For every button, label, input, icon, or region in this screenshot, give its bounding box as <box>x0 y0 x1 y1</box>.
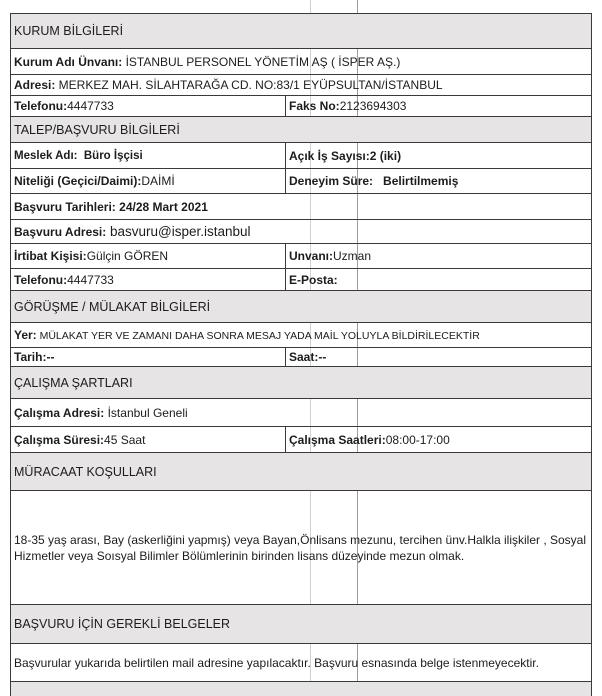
field-label: Açık İş Sayısı: <box>289 149 370 163</box>
documents-text: Başvurular yukarıda belirtilen mail adre… <box>11 656 591 670</box>
row-meslek: Meslek Adı: Büro İşçisi Açık İş Sayısı:2… <box>11 143 591 169</box>
field-value: Uzman <box>333 249 371 263</box>
row-muracaat-text: 18-35 yaş arası, Bay (askerliğini yapmış… <box>11 491 591 605</box>
field-value: 45 Saat <box>104 433 145 447</box>
row-basvuru-tarih: Başvuru Tarihleri: 24/28 Mart 2021 <box>11 194 591 220</box>
field-value: 4447733 <box>67 273 114 287</box>
row-belgeler-text: Başvurular yukarıda belirtilen mail adre… <box>11 644 591 682</box>
field-label: Saat:-- <box>289 350 326 364</box>
section-header-talep: TALEP/BAŞVURU BİLGİLERİ <box>11 117 591 143</box>
row-calisma-adres: Çalışma Adresi: İstanbul Geneli <box>11 399 591 427</box>
section-header-belgeler: BAŞVURU İÇİN GEREKLİ BELGELER <box>11 605 591 644</box>
field-label: Tarih:-- <box>14 350 54 364</box>
row-tarih-saat: Tarih:-- Saat:-- <box>11 348 591 367</box>
field-label: Telefonu: <box>14 99 67 113</box>
field-value: Büro İşçisi <box>77 149 142 163</box>
field-value: Gülçin GÖREN <box>87 249 168 263</box>
section-title: ÇALIŞMA ŞARTLARI <box>11 376 591 390</box>
row-irtibat-telefon: Telefonu: 4447733 E-Posta: <box>11 269 591 291</box>
field-label: Unvanı: <box>289 249 333 263</box>
section-header-kurum: KURUM BİLGİLERİ <box>11 14 591 49</box>
field-label: Deneyim Süre: <box>289 174 373 188</box>
field-label: Çalışma Adresi: <box>14 406 104 420</box>
section-title: GÖRÜŞME / MÜLAKAT BİLGİLERİ <box>11 300 591 314</box>
row-calisma-sure: Çalışma Süresi: 45 Saat Çalışma Saatleri… <box>11 427 591 453</box>
row-irtibat: İrtibat Kişisi: Gülçin GÖREN Unvanı: Uzm… <box>11 244 591 269</box>
field-label: Yer: <box>14 328 37 342</box>
row-nitelik: Niteliği (Geçici/Daimi): DAİMİ Deneyim S… <box>11 169 591 194</box>
next-section-partial <box>11 682 591 696</box>
row-kurum-adres: Adresi: MERKEZ MAH. SİLAHTARAĞA CD. NO:8… <box>11 75 591 96</box>
field-value: 2123694303 <box>340 99 407 113</box>
field-label: Çalışma Saatleri: <box>289 433 386 447</box>
section-header-gorusme: GÖRÜŞME / MÜLAKAT BİLGİLERİ <box>11 291 591 323</box>
field-label: Kurum Adı Ünvanı: <box>14 55 122 69</box>
field-label: Başvuru Tarihleri: <box>14 200 116 214</box>
section-title: BAŞVURU İÇİN GEREKLİ BELGELER <box>11 617 591 631</box>
field-value: İSTANBUL PERSONEL YÖNETİM AŞ ( İSPER AŞ.… <box>122 55 400 69</box>
field-value: MÜLAKAT YER VE ZAMANI DAHA SONRA MESAJ Y… <box>37 330 480 342</box>
conditions-text: 18-35 yaş arası, Bay (askerliğini yapmış… <box>11 532 591 564</box>
section-header-calisma: ÇALIŞMA ŞARTLARI <box>11 367 591 399</box>
field-value: DAİMİ <box>141 174 174 188</box>
field-value[interactable]: basvuru@isper.istanbul <box>106 224 250 239</box>
field-value: 2 (iki) <box>370 149 401 163</box>
field-value: İstanbul Geneli <box>104 406 187 420</box>
field-label: İrtibat Kişisi: <box>14 249 87 263</box>
field-label: Adresi: <box>14 78 55 92</box>
section-header-muracaat: MÜRACAAT KOŞULLARI <box>11 453 591 491</box>
section-title: KURUM BİLGİLERİ <box>11 24 591 38</box>
row-kurum-telefon-faks: Telefonu: 4447733 Faks No: 2123694303 <box>11 96 591 117</box>
section-title: MÜRACAAT KOŞULLARI <box>11 465 591 479</box>
field-value: 4447733 <box>67 99 114 113</box>
field-value: MERKEZ MAH. SİLAHTARAĞA CD. NO:83/1 EYÜP… <box>55 78 442 92</box>
field-label: Çalışma Süresi: <box>14 433 104 447</box>
field-label: Niteliği (Geçici/Daimi): <box>14 174 141 188</box>
field-label: Başvuru Adresi: <box>14 225 106 239</box>
field-label: E-Posta: <box>289 273 338 287</box>
field-value: 08:00-17:00 <box>386 433 450 447</box>
field-value: 24/28 Mart 2021 <box>116 200 208 214</box>
job-posting-form: KURUM BİLGİLERİ Kurum Adı Ünvanı: İSTANB… <box>10 13 592 696</box>
row-yer: Yer: MÜLAKAT YER VE ZAMANI DAHA SONRA ME… <box>11 323 591 348</box>
row-basvuru-adres: Başvuru Adresi: basvuru@isper.istanbul <box>11 220 591 244</box>
field-label: Meslek Adı: <box>14 149 77 163</box>
field-value: Belirtilmemiş <box>373 174 458 188</box>
field-label: Faks No: <box>289 99 340 113</box>
row-kurum-adi: Kurum Adı Ünvanı: İSTANBUL PERSONEL YÖNE… <box>11 49 591 75</box>
section-title: TALEP/BAŞVURU BİLGİLERİ <box>11 123 591 137</box>
field-label: Telefonu: <box>14 273 67 287</box>
